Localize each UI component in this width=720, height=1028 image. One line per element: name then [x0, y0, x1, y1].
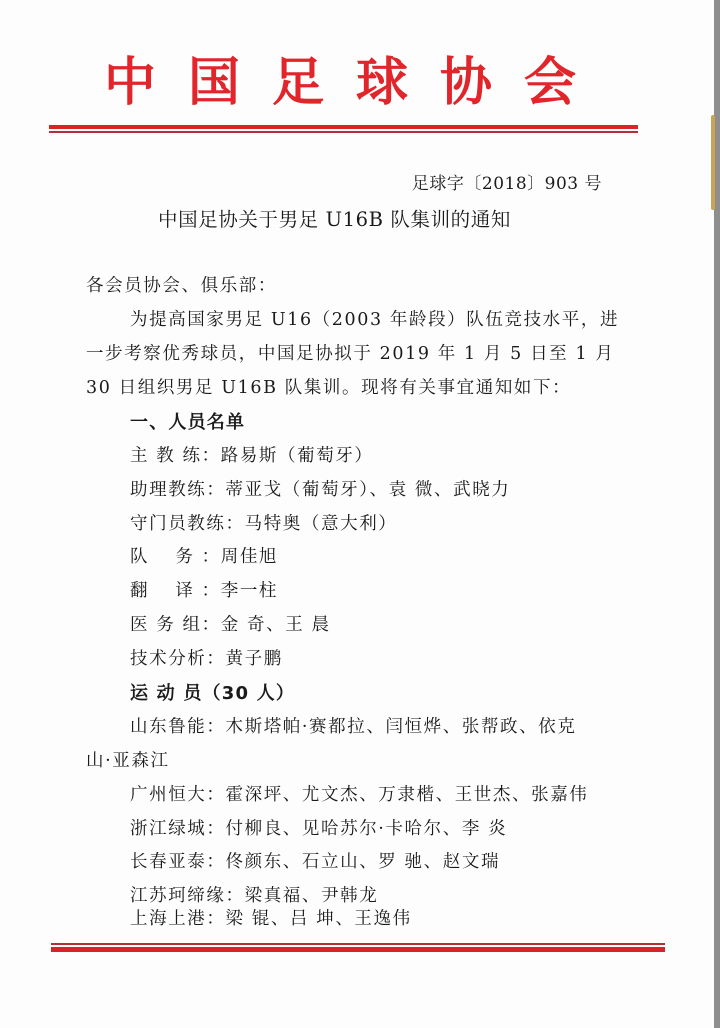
- player-row: 上海上港：梁 锟、吕 坤、王逸伟: [130, 903, 660, 937]
- staff-row: 队 务 ：周佳旭: [130, 541, 660, 575]
- staff-role: 主 教 练：: [130, 440, 221, 474]
- intro-line: 30 日组织男足 U16B 队集训。现将有关事宜通知如下：: [86, 372, 616, 406]
- player-row: 广州恒大：霍深坪、尤文杰、万隶楷、王世杰、张嘉伟: [130, 779, 660, 813]
- letterhead-char: 协: [436, 52, 496, 114]
- player-row-continuation: 山·亚森江: [86, 745, 616, 779]
- staff-row: 翻 译 ：李一柱: [130, 575, 660, 609]
- letterhead-char: 足: [268, 52, 328, 114]
- player-names: 付柳良、见哈苏尔·卡哈尔、李 炎: [226, 819, 508, 839]
- staff-row: 助理教练：蒂亚戈（葡萄牙）、袁 微、武晓力: [130, 474, 660, 508]
- player-names: 霍深坪、尤文杰、万隶楷、王世杰、张嘉伟: [226, 785, 589, 805]
- player-names: 佟颜东、石立山、罗 驰、赵文瑞: [226, 852, 501, 872]
- intro-line: 一步考察优秀球员，中国足协拟于 2019 年 1 月 5 日至 1 月: [86, 338, 616, 372]
- staff-role: 翻 译 ：: [130, 575, 221, 609]
- staff-names: 蒂亚戈（葡萄牙）、袁 微、武晓力: [226, 480, 511, 500]
- letterhead-char: 球: [352, 52, 412, 114]
- club-name: 广州恒大：: [130, 779, 226, 813]
- letterhead-char: 会: [520, 52, 580, 114]
- staff-names: 黄子鹏: [226, 649, 283, 669]
- staff-names: 周佳旭: [221, 547, 278, 567]
- player-names: 木斯塔帕·赛都拉、闫恒烨、张帮政、依克: [226, 717, 577, 737]
- player-row: 山东鲁能：木斯塔帕·赛都拉、闫恒烨、张帮政、依克: [130, 711, 660, 745]
- scan-edge-mark: [711, 115, 715, 210]
- document-page: 中 国 足 球 协 会 足球字〔2018〕903 号 中国足协关于男足 U16B…: [0, 0, 714, 1028]
- section-heading: 一、人员名单: [130, 406, 660, 440]
- club-name: 上海上港：: [130, 903, 226, 937]
- footer-rule-thin: [51, 943, 665, 945]
- staff-names: 马特奥（意大利）: [245, 514, 398, 534]
- salutation: 各会员协会、俱乐部：: [86, 270, 616, 304]
- player-row: 长春亚泰：佟颜东、石立山、罗 驰、赵文瑞: [130, 846, 660, 880]
- staff-row: 技术分析：黄子鹏: [130, 643, 660, 677]
- club-name: 长春亚泰：: [130, 846, 226, 880]
- letterhead-char: 中: [100, 52, 160, 114]
- players-heading: 运 动 员（30 人）: [130, 677, 660, 711]
- staff-row: 主 教 练：路易斯（葡萄牙）: [130, 440, 660, 474]
- letterhead-title: 中 国 足 球 协 会: [100, 52, 580, 114]
- staff-names: 李一柱: [221, 581, 278, 601]
- staff-role: 队 务 ：: [130, 541, 221, 575]
- document-number: 足球字〔2018〕903 号: [412, 172, 602, 196]
- player-names: 梁 锟、吕 坤、王逸伟: [226, 909, 412, 929]
- header-rule-thick: [49, 125, 638, 129]
- staff-names: 金 奇、王 晨: [221, 615, 331, 635]
- staff-role: 医 务 组：: [130, 609, 221, 643]
- staff-names: 路易斯（葡萄牙）: [221, 446, 374, 466]
- staff-role: 守门员教练：: [130, 508, 245, 542]
- staff-role: 助理教练：: [130, 474, 226, 508]
- staff-row: 医 务 组：金 奇、王 晨: [130, 609, 660, 643]
- staff-role: 技术分析：: [130, 643, 226, 677]
- player-row: 浙江绿城：付柳良、见哈苏尔·卡哈尔、李 炎: [130, 813, 660, 847]
- club-name: 山东鲁能：: [130, 711, 226, 745]
- intro-line: 为提高国家男足 U16（2003 年龄段）队伍竞技水平，进: [130, 304, 660, 338]
- staff-row: 守门员教练：马特奥（意大利）: [130, 508, 660, 542]
- document-title: 中国足协关于男足 U16B 队集训的通知: [158, 206, 511, 234]
- footer-rule-thick: [51, 947, 665, 952]
- letterhead-char: 国: [184, 52, 244, 114]
- header-rule-thin: [49, 131, 638, 133]
- club-name: 浙江绿城：: [130, 813, 226, 847]
